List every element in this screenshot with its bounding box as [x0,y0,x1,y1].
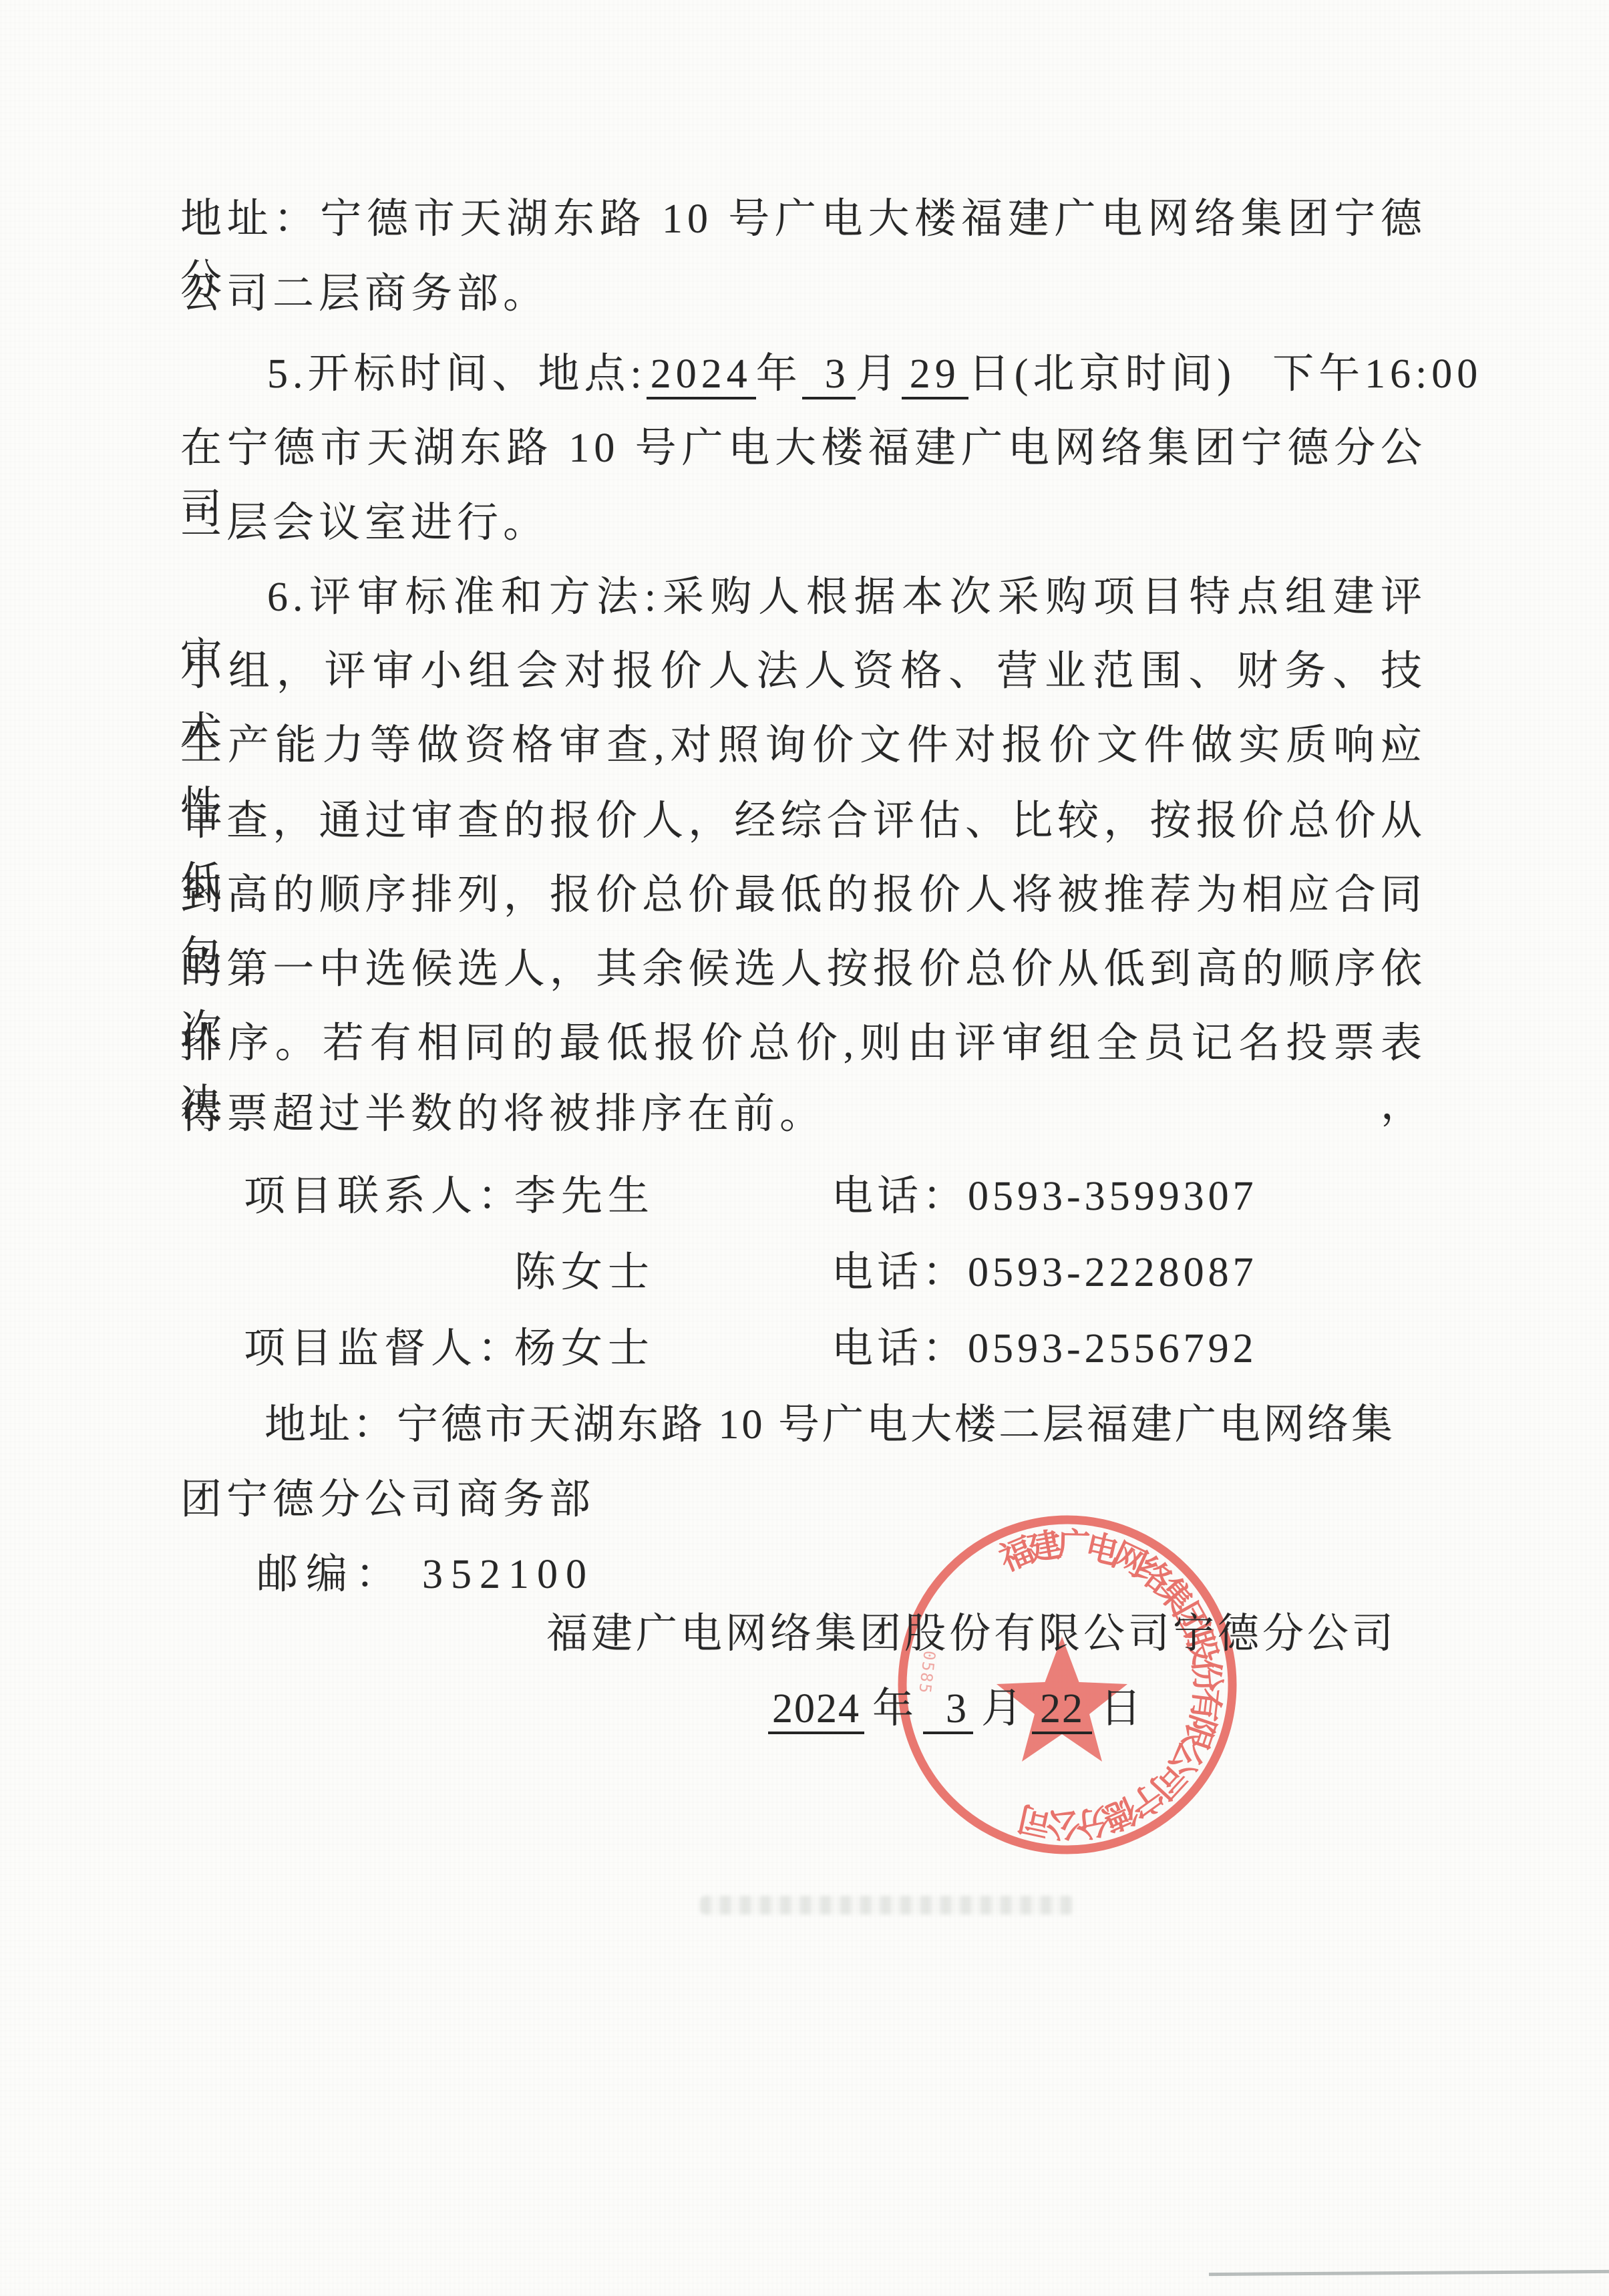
year-unit: 年 [756,351,802,397]
date-month-blank: 3 [923,1686,973,1734]
bid-opening-day-blank: 29 [902,351,968,399]
address-line-2: 公司二层商务部。 [180,263,1427,325]
phone-label: 电话： [832,1326,968,1371]
item6-line-1: 6.评审标准和方法:采购人根据本次采购项目特点组建评审 [180,566,1427,628]
item6-line-2: 小组，评审小组会对报价人法人资格、营业范围、财务、技术、 [180,641,1427,702]
item6-line-4: 审查，通过审查的报价人，经综合评估、比较，按报价总价从低 [180,790,1427,852]
project-supervisor-label: 项目监督人： [244,1318,524,1379]
date-year-unit: 年 [872,1686,915,1732]
day-suffix: 日(北京时间) [968,351,1236,397]
project-contact-name-2: 陈女士 [514,1242,655,1303]
address-line-1: 地址：宁德市天湖东路 10 号广电大楼福建广电网络集团宁德分 [180,188,1427,250]
item5-line-1: 5.开标时间、地点:2024年3月29日(北京时间)下午16:00 [180,343,1427,405]
postcode-label: 邮编： [256,1552,405,1597]
item5-prefix: 5.开标时间、地点: [267,351,647,397]
contact-row-2: 陈女士 电话：0593-2228087 [180,1242,1427,1303]
postcode-row: 邮编：352100 [180,1544,1427,1605]
signature-company-name: 福建广电网络集团股份有限公司宁德分公司 [546,1603,1397,1665]
item6-line-6: 的第一中选候选人，其余候选人按报价总价从低到高的顺序依次 [180,939,1427,1000]
bid-opening-year-blank: 2024 [647,351,756,399]
document-content: 地址：宁德市天湖东路 10 号广电大楼福建广电网络集团宁德分 公司二层商务部。 … [180,0,1427,2296]
item6-line-7: 排序。若有相同的最低报价总价,则由评审组全员记名投票表决， [180,1013,1427,1074]
contact-row-1: 项目联系人： 李先生 电话：0593-3599307 [180,1166,1427,1227]
contact-row-3: 项目监督人： 杨女士 电话：0593-2556792 [180,1318,1427,1379]
phone-label: 电话： [832,1250,968,1295]
project-contact-label: 项目联系人： [244,1166,524,1227]
project-contact-phone-2: 电话：0593-2228087 [832,1242,1258,1303]
phone-label: 电话： [832,1174,968,1219]
bid-opening-month-blank: 3 [802,351,856,399]
phone-number: 0593-3599307 [968,1174,1258,1219]
project-supervisor-name: 杨女士 [514,1318,655,1379]
project-supervisor-phone: 电话：0593-2556792 [832,1318,1258,1379]
phone-number: 0593-2556792 [968,1326,1258,1371]
project-contact-name: 李先生 [514,1166,655,1227]
item5-line-2: 在宁德市天湖东路 10 号广电大楼福建广电网络集团宁德分公司 [180,418,1427,479]
date-day-unit: 日 [1100,1686,1143,1732]
scanned-document-page: 福建广电网络集团股份有限公司宁德分公司 0585 地址：宁德市天湖东路 10 号… [0,0,1609,2296]
date-day-blank: 22 [1032,1686,1092,1734]
item6-line-8: 得票超过半数的将被排序在前。 [180,1084,1427,1145]
footer-address-line-1: 地址：宁德市天湖东路 10 号广电大楼二层福建广电网络集 [180,1394,1427,1456]
postcode-value: 352100 [422,1552,594,1597]
item5-line-3: 二层会议室进行。 [180,492,1427,554]
month-unit: 月 [856,351,902,397]
date-month-unit: 月 [981,1686,1024,1732]
date-year-blank: 2024 [768,1686,864,1734]
signature-date: 2024年3月22日 [768,1678,1151,1740]
item6-line-3: 生产能力等做资格审查,对照询价文件对报价文件做实质响应性 [180,715,1427,776]
footer-address-line-2: 团宁德分公司商务部 [180,1469,1427,1530]
bid-opening-time: 下午16:00 [1272,351,1482,397]
item6-line-5: 到高的顺序排列，报价总价最低的报价人将被推荐为相应合同包 [180,864,1427,926]
project-contact-phone: 电话：0593-3599307 [832,1166,1258,1227]
phone-number: 0593-2228087 [968,1250,1258,1295]
